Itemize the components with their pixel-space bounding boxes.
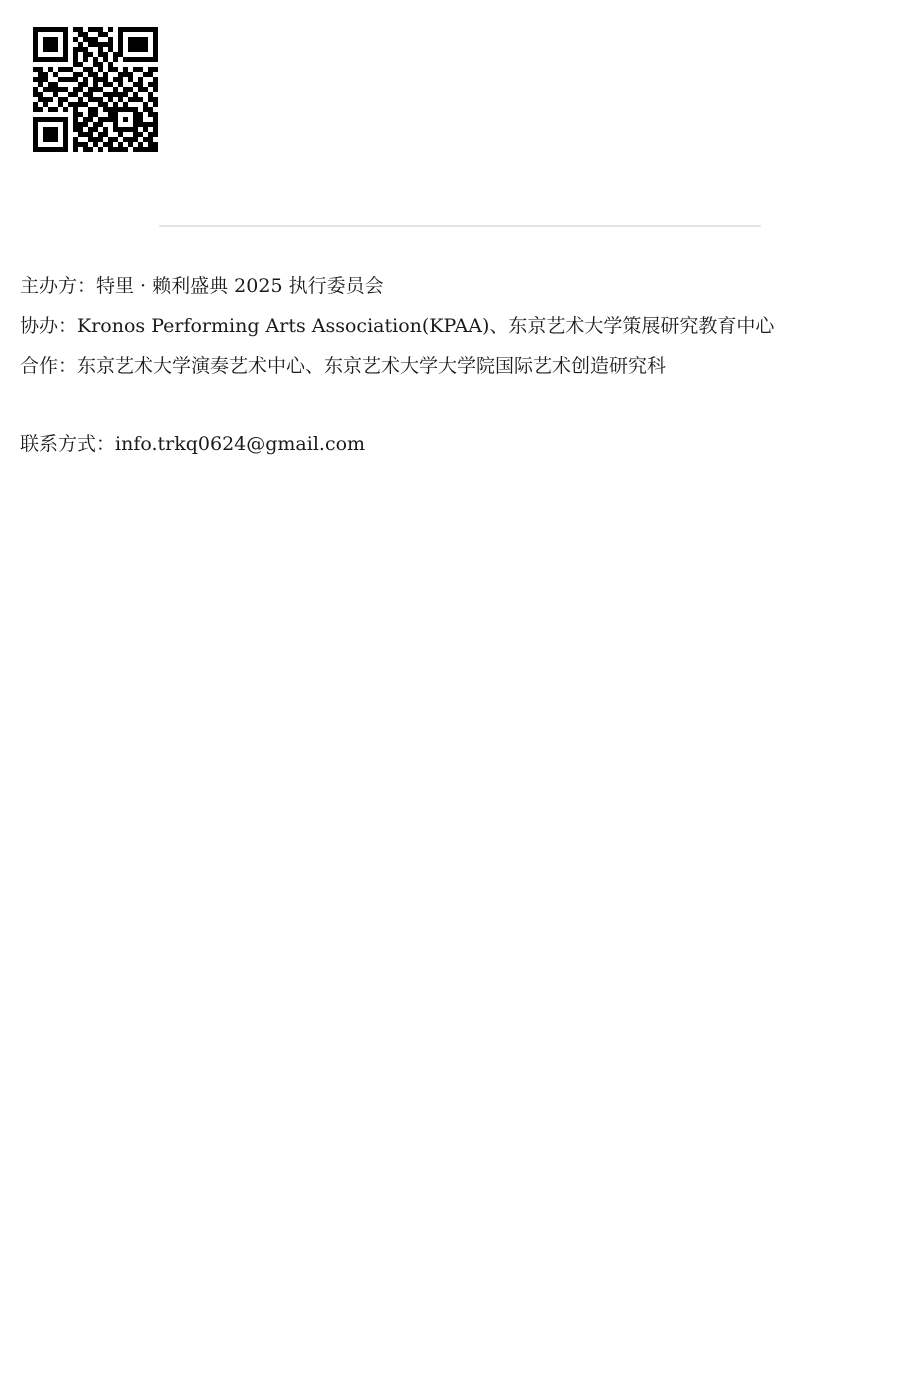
contact-email-link[interactable]: info.trkq0624@gmail.com [115, 433, 365, 455]
contact-line: 联系方式：info.trkq0624@gmail.com [20, 424, 774, 464]
cooperation-label: 合作： [20, 355, 77, 377]
organizer-line: 主办方：特里 · 赖利盛典 2025 执行委员会 [20, 266, 774, 306]
cooperation-line: 合作：东京艺术大学演奏艺术中心、东京艺术大学大学院国际艺术创造研究科 [20, 346, 774, 386]
organizer-label: 主办方： [20, 275, 96, 297]
divider [159, 225, 761, 227]
organizer-value: 特里 · 赖利盛典 2025 执行委员会 [96, 275, 384, 297]
co-organizer-line: 协办：Kronos Performing Arts Association(KP… [20, 306, 774, 346]
cooperation-value: 东京艺术大学演奏艺术中心、东京艺术大学大学院国际艺术创造研究科 [77, 355, 666, 377]
contact-label: 联系方式： [20, 433, 115, 455]
qr-code [33, 27, 158, 152]
event-credits: 主办方：特里 · 赖利盛典 2025 执行委员会 协办：Kronos Perfo… [20, 266, 774, 464]
spacer [20, 386, 774, 424]
qr-code-icon [33, 27, 158, 152]
co-organizer-label: 协办： [20, 315, 77, 337]
co-organizer-value: Kronos Performing Arts Association(KPAA)… [77, 315, 774, 337]
